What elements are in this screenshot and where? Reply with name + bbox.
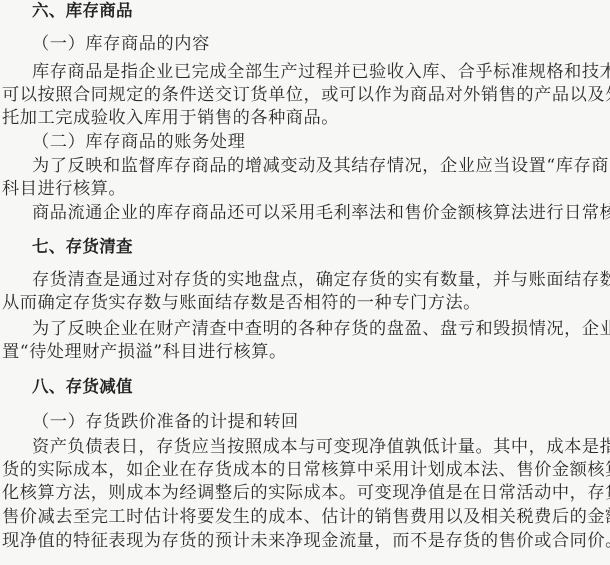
subsection-title-6-2: （二）库存商品的账务处理 <box>32 131 608 153</box>
paragraph-line: 为了反映和监督库存商品的增减变动及其结存情况，企业应当设置“库存商品” <box>32 155 608 177</box>
paragraph-line: 存货清查是通过对存货的实地盘点，确定存货的实有数量，并与账面结存数核对， <box>32 269 608 291</box>
subsection-title-8-1: （一）存货跌价准备的计提和转回 <box>32 411 608 433</box>
paragraph-line: 可以按照合同规定的条件送交订货单位，或可以作为商品对外销售的产品以及外购或委 <box>2 84 608 106</box>
paragraph-line: 资产负债表日，存货应当按照成本与可变现净值孰低计量。其中，成本是指期末存 <box>32 436 608 458</box>
paragraph-line: 库存商品是指企业已完成全部生产过程并已验收入库、合乎标准规格和技术条件， <box>32 61 608 83</box>
paragraph-line: 商品流通企业的库存商品还可以采用毛利率法和售价金额核算法进行日常核算。 <box>32 202 608 224</box>
section-heading-8: 八、存货减值 <box>32 376 608 398</box>
paragraph-line: 托加工完成验收入库用于销售的各种商品。 <box>2 107 608 129</box>
subsection-title-6-1: （一）库存商品的内容 <box>32 33 608 55</box>
paragraph-line: 货的实际成本，如企业在存货成本的日常核算中采用计划成本法、售价金额核算法等简 <box>2 459 608 481</box>
paragraph-line: 售价减去至完工时估计将要发生的成本、估计的销售费用以及相关税费后的金额。可变 <box>2 506 608 528</box>
paragraph-line: 现净值的特征表现为存货的预计未来净现金流量，而不是存货的售价或合同价。 <box>2 530 608 552</box>
section-heading-6: 六、库存商品 <box>32 0 608 22</box>
section-heading-7: 七、存货清查 <box>32 236 608 258</box>
document-page: 六、库存商品 （一）库存商品的内容 库存商品是指企业已完成全部生产过程并已验收入… <box>0 0 610 565</box>
paragraph-line: 化核算方法，则成本为经调整后的实际成本。可变现净值是在日常活动中，存货的估计 <box>2 482 608 504</box>
paragraph-line: 为了反映企业在财产清查中查明的各种存货的盘盈、盘亏和毁损情况，企业应当设 <box>32 318 608 340</box>
paragraph-line: 置“待处理财产损溢”科目进行核算。 <box>2 341 608 363</box>
paragraph-line: 从而确定存货实存数与账面结存数是否相符的一种专门方法。 <box>2 292 608 314</box>
paragraph-line: 科目进行核算。 <box>2 178 608 200</box>
